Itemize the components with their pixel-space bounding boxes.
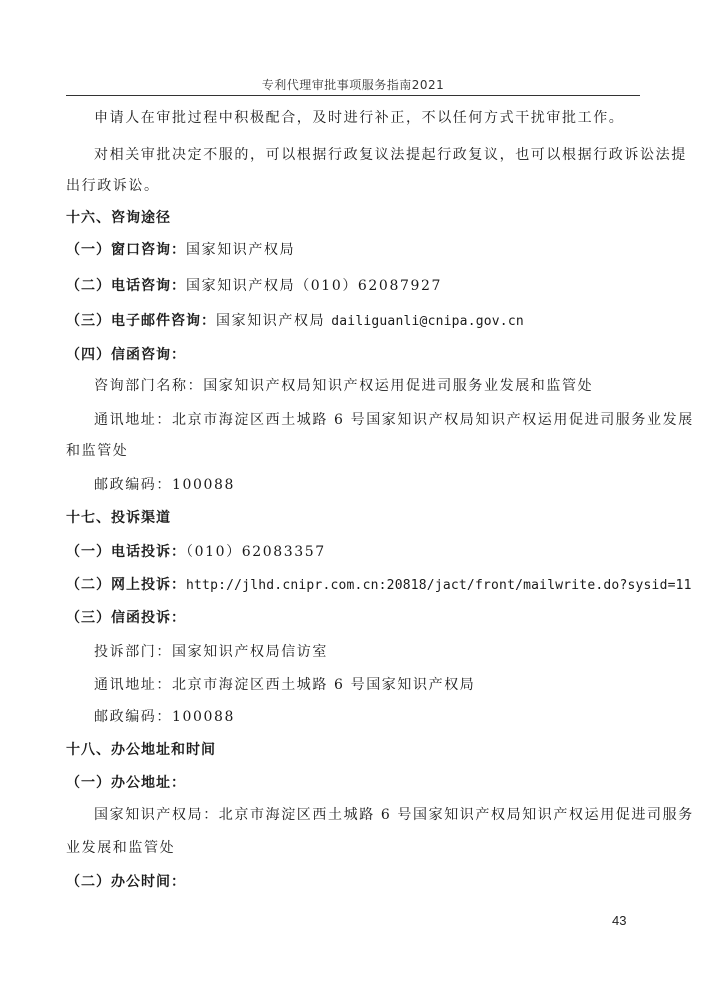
consult-address-line-1: 通讯地址：北京市海淀区西土城路 6 号国家知识产权局知识产权运用促进司服务业发展 [94, 410, 694, 430]
section-17-heading: 十七、投诉渠道 [66, 508, 171, 528]
online-complaint-url[interactable]: http://jlhd.cnipr.com.cn:20818/jact/fron… [186, 578, 692, 593]
office-address-line-1: 国家知识产权局：北京市海淀区西土城路 6 号国家知识产权局知识产权运用促进司服务 [94, 805, 694, 825]
phone-complaint-label: （一）电话投诉： [66, 544, 186, 560]
window-consult-value: 国家知识产权局 [186, 242, 295, 258]
intro-paragraph-1: 申请人在审批过程中积极配合，及时进行补正，不以任何方式干扰审批工作。 [94, 108, 624, 128]
section-16-heading: 十六、咨询途径 [66, 208, 171, 228]
header-title: 专利代理审批事项服务指南2021 [66, 76, 640, 93]
email-consult-item: （三）电子邮件咨询：国家知识产权局 dailiguanli@cnipa.gov.… [66, 311, 524, 332]
office-hours-label: （二）办公时间： [66, 872, 186, 892]
email-consult-label: （三）电子邮件咨询： [66, 313, 216, 329]
complaint-address: 通讯地址：北京市海淀区西土城路 6 号国家知识产权局 [94, 675, 475, 695]
online-complaint-label: （二）网上投诉： [66, 577, 186, 593]
window-consult-label: （一）窗口咨询： [66, 242, 186, 258]
letter-consult-label: （四）信函咨询： [66, 345, 186, 365]
complaint-dept: 投诉部门：国家知识产权局信访室 [94, 642, 328, 662]
phone-complaint-item: （一）电话投诉：（010）62083357 [66, 542, 326, 562]
consult-postcode: 邮政编码：100088 [94, 475, 235, 495]
header-divider [66, 95, 640, 96]
phone-consult-item: （二）电话咨询：国家知识产权局（010）62087927 [66, 276, 442, 296]
page-number: 43 [612, 913, 626, 928]
section-18-heading: 十八、办公地址和时间 [66, 740, 216, 760]
phone-complaint-value: （010）62083357 [186, 544, 326, 560]
online-complaint-item: （二）网上投诉：http://jlhd.cnipr.com.cn:20818/j… [66, 575, 692, 596]
email-link[interactable]: dailiguanli@cnipa.gov.cn [331, 314, 524, 329]
email-consult-prefix: 国家知识产权局 [216, 313, 331, 329]
complaint-postcode: 邮政编码：100088 [94, 707, 235, 727]
phone-consult-value: 国家知识产权局（010）62087927 [186, 278, 442, 294]
consult-dept-name: 咨询部门名称：国家知识产权局知识产权运用促进司服务业发展和监管处 [94, 376, 593, 396]
window-consult-item: （一）窗口咨询：国家知识产权局 [66, 240, 295, 260]
intro-paragraph-2-line-1: 对相关审批决定不服的，可以根据行政复议法提起行政复议，也可以根据行政诉讼法提 [94, 145, 687, 165]
consult-address-line-2: 和监管处 [66, 441, 128, 461]
intro-paragraph-2-line-2: 出行政诉讼。 [66, 176, 160, 196]
office-address-line-2: 业发展和监管处 [66, 838, 175, 858]
letter-complaint-label: （三）信函投诉： [66, 608, 186, 628]
office-address-label: （一）办公地址： [66, 773, 186, 793]
phone-consult-label: （二）电话咨询： [66, 278, 186, 294]
